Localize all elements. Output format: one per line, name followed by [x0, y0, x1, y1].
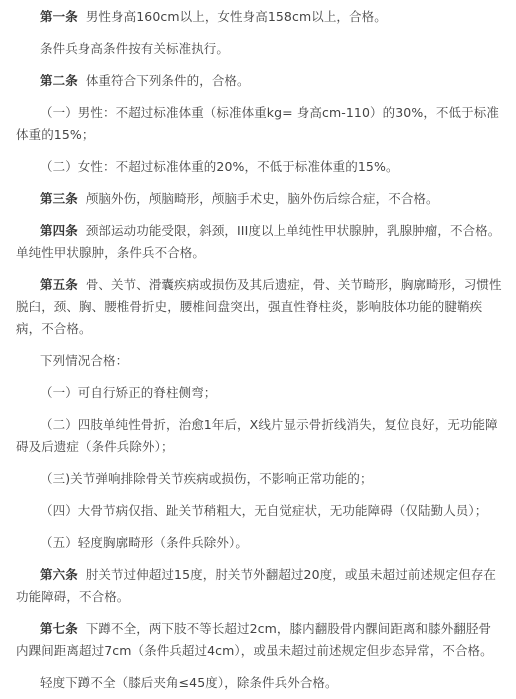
article-text: 男性身高160cm以上，女性身高158cm以上，合格。: [86, 9, 387, 24]
article-label: 第四条: [40, 223, 78, 238]
paragraph-text: （一）男性：不超过标准体重（标准体重kg= 身高cm-110）的30%，不低于标…: [16, 105, 499, 142]
article-4: 第四条颈部运动功能受限，斜颈，III度以上单纯性甲状腺肿，乳腺肿瘤，不合格。单纯…: [16, 220, 502, 264]
article-text: 颅脑外伤，颅脑畸形，颅脑手术史，脑外伤后综合症，不合格。: [86, 191, 439, 206]
article-5: 第五条骨、关节、滑囊疾病或损伤及其后遗症，骨、关节畸形，胸廓畸形，习惯性脱臼，颈…: [16, 274, 502, 340]
paragraph: （三)关节弹响排除骨关节疾病或损伤，不影响正常功能的；: [16, 468, 502, 490]
paragraph-text: 下列情况合格：: [40, 353, 128, 368]
paragraph-text: （二）女性：不超过标准体重的20%，不低于标准体重的15%。: [40, 159, 399, 174]
article-1: 第一条男性身高160cm以上，女性身高158cm以上，合格。: [16, 6, 502, 28]
document-body: 第一条男性身高160cm以上，女性身高158cm以上，合格。 条件兵身高条件按有…: [0, 0, 516, 694]
paragraph-text: （一）可自行矫正的脊柱侧弯；: [40, 385, 216, 400]
paragraph: （一）可自行矫正的脊柱侧弯；: [16, 382, 502, 404]
article-2: 第二条体重符合下列条件的，合格。: [16, 70, 502, 92]
paragraph-text: （二）四肢单纯性骨折，治愈1年后，X线片显示骨折线消失，复位良好，无功能障碍及后…: [16, 417, 498, 454]
paragraph: （二）女性：不超过标准体重的20%，不低于标准体重的15%。: [16, 156, 502, 178]
paragraph: 轻度下蹲不全（膝后夹角≤45度），除条件兵外合格。: [16, 672, 502, 694]
article-text: 下蹲不全，两下肢不等长超过2cm，膝内翻股骨内髁间距离和膝外翻胫骨内踝间距离超过…: [16, 621, 493, 658]
paragraph-text: 条件兵身高条件按有关标准执行。: [40, 41, 229, 56]
paragraph: （五）轻度胸廓畸形（条件兵除外）。: [16, 532, 502, 554]
paragraph-text: （五）轻度胸廓畸形（条件兵除外）。: [40, 535, 248, 550]
article-label: 第一条: [40, 9, 78, 24]
article-7: 第七条下蹲不全，两下肢不等长超过2cm，膝内翻股骨内髁间距离和膝外翻胫骨内踝间距…: [16, 618, 502, 662]
article-text: 体重符合下列条件的，合格。: [86, 73, 250, 88]
paragraph-text: （三)关节弹响排除骨关节疾病或损伤，不影响正常功能的；: [40, 471, 373, 486]
paragraph: （一）男性：不超过标准体重（标准体重kg= 身高cm-110）的30%，不低于标…: [16, 102, 502, 146]
article-3: 第三条颅脑外伤，颅脑畸形，颅脑手术史，脑外伤后综合症，不合格。: [16, 188, 502, 210]
article-text: 肘关节过伸超过15度，肘关节外翻超过20度，或虽未超过前述规定但存在功能障碍，不…: [16, 567, 496, 604]
paragraph-text: 轻度下蹲不全（膝后夹角≤45度），除条件兵外合格。: [40, 675, 338, 690]
article-6: 第六条肘关节过伸超过15度，肘关节外翻超过20度，或虽未超过前述规定但存在功能障…: [16, 564, 502, 608]
article-label: 第五条: [40, 277, 78, 292]
article-label: 第六条: [40, 567, 78, 582]
article-label: 第二条: [40, 73, 78, 88]
article-text: 骨、关节、滑囊疾病或损伤及其后遗症，骨、关节畸形，胸廓畸形，习惯性脱臼，颈、胸、…: [16, 277, 502, 336]
paragraph: 下列情况合格：: [16, 350, 502, 372]
paragraph: 条件兵身高条件按有关标准执行。: [16, 38, 502, 60]
article-label: 第三条: [40, 191, 78, 206]
paragraph-text: （四）大骨节病仅指、趾关节稍粗大，无自觉症状，无功能障碍（仅陆勤人员）；: [40, 503, 487, 518]
paragraph: （四）大骨节病仅指、趾关节稍粗大，无自觉症状，无功能障碍（仅陆勤人员）；: [16, 500, 502, 522]
article-label: 第七条: [40, 621, 78, 636]
article-text: 颈部运动功能受限，斜颈，III度以上单纯性甲状腺肿，乳腺肿瘤，不合格。单纯性甲状…: [16, 223, 500, 260]
paragraph: （二）四肢单纯性骨折，治愈1年后，X线片显示骨折线消失，复位良好，无功能障碍及后…: [16, 414, 502, 458]
